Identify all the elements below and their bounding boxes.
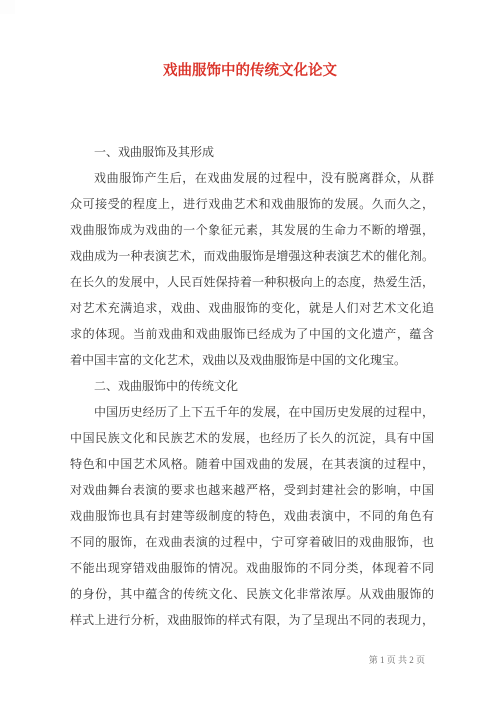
body-text-line: 戏曲服饰成为戏曲的一个象征元素，其发展的生命力不断的增强， bbox=[70, 217, 434, 243]
section-heading: 二、戏曲服饰中的传统文化 bbox=[70, 373, 434, 399]
body-text-line: 众可接受的程度上，进行戏曲艺术和戏曲服饰的发展。久而久之， bbox=[70, 191, 434, 217]
body-text-line: 戏曲服饰也具有封建等级制度的特色，戏曲表演中，不同的角色有 bbox=[70, 503, 434, 529]
section-heading: 一、戏曲服饰及其形成 bbox=[70, 139, 434, 165]
body-text-line: 对艺术充满追求，戏曲、戏曲服饰的变化，就是人们对艺术文化追 bbox=[70, 295, 434, 321]
body-text-line: 不能出现穿错戏曲服饰的情况。戏曲服饰的不同分类，体现着不同 bbox=[70, 555, 434, 581]
document-page: 戏曲服饰中的传统文化论文 一、戏曲服饰及其形成戏曲服饰产生后，在戏曲发展的过程中… bbox=[0, 0, 500, 708]
body-text-line: 特色和中国艺术风格。随着中国戏曲的发展，在其表演的过程中， bbox=[70, 451, 434, 477]
body-text-line: 着中国丰富的文化艺术，戏曲以及戏曲服饰是中国的文化瑰宝。 bbox=[70, 347, 434, 373]
body-text-line: 的身份，其中蕴含的传统文化、民族文化非常浓厚。从戏曲服饰的 bbox=[70, 581, 434, 607]
page-number-footer: 第 1 页 共 2 页 bbox=[369, 654, 425, 667]
body-text-line: 中国民族文化和民族艺术的发展，也经历了长久的沉淀，具有中国 bbox=[70, 425, 434, 451]
document-body: 一、戏曲服饰及其形成戏曲服饰产生后，在戏曲发展的过程中，没有脱离群众，从群众可接… bbox=[70, 139, 434, 633]
body-text-line: 中国历史经历了上下五千年的发展，在中国历史发展的过程中， bbox=[70, 399, 434, 425]
body-text-line: 求的体现。当前戏曲和戏曲服饰已经成为了中国的文化遗产，蕴含 bbox=[70, 321, 434, 347]
body-text-line: 对戏曲舞台表演的要求也越来越严格，受到封建社会的影响，中国 bbox=[70, 477, 434, 503]
body-text-line: 样式上进行分析，戏曲服饰的样式有限，为了呈现出不同的表现力， bbox=[70, 607, 434, 633]
body-text-line: 不同的服饰，在戏曲表演的过程中，宁可穿着破旧的戏曲服饰，也 bbox=[70, 529, 434, 555]
body-text-line: 在长久的发展中，人民百姓保持着一种积极向上的态度，热爱生活， bbox=[70, 269, 434, 295]
body-text-line: 戏曲服饰产生后，在戏曲发展的过程中，没有脱离群众，从群 bbox=[70, 165, 434, 191]
document-title: 戏曲服饰中的传统文化论文 bbox=[0, 61, 500, 82]
body-text-line: 戏曲成为一种表演艺术，而戏曲服饰是增强这种表演艺术的催化剂。 bbox=[70, 243, 434, 269]
corner-artifact bbox=[0, 0, 15, 14]
